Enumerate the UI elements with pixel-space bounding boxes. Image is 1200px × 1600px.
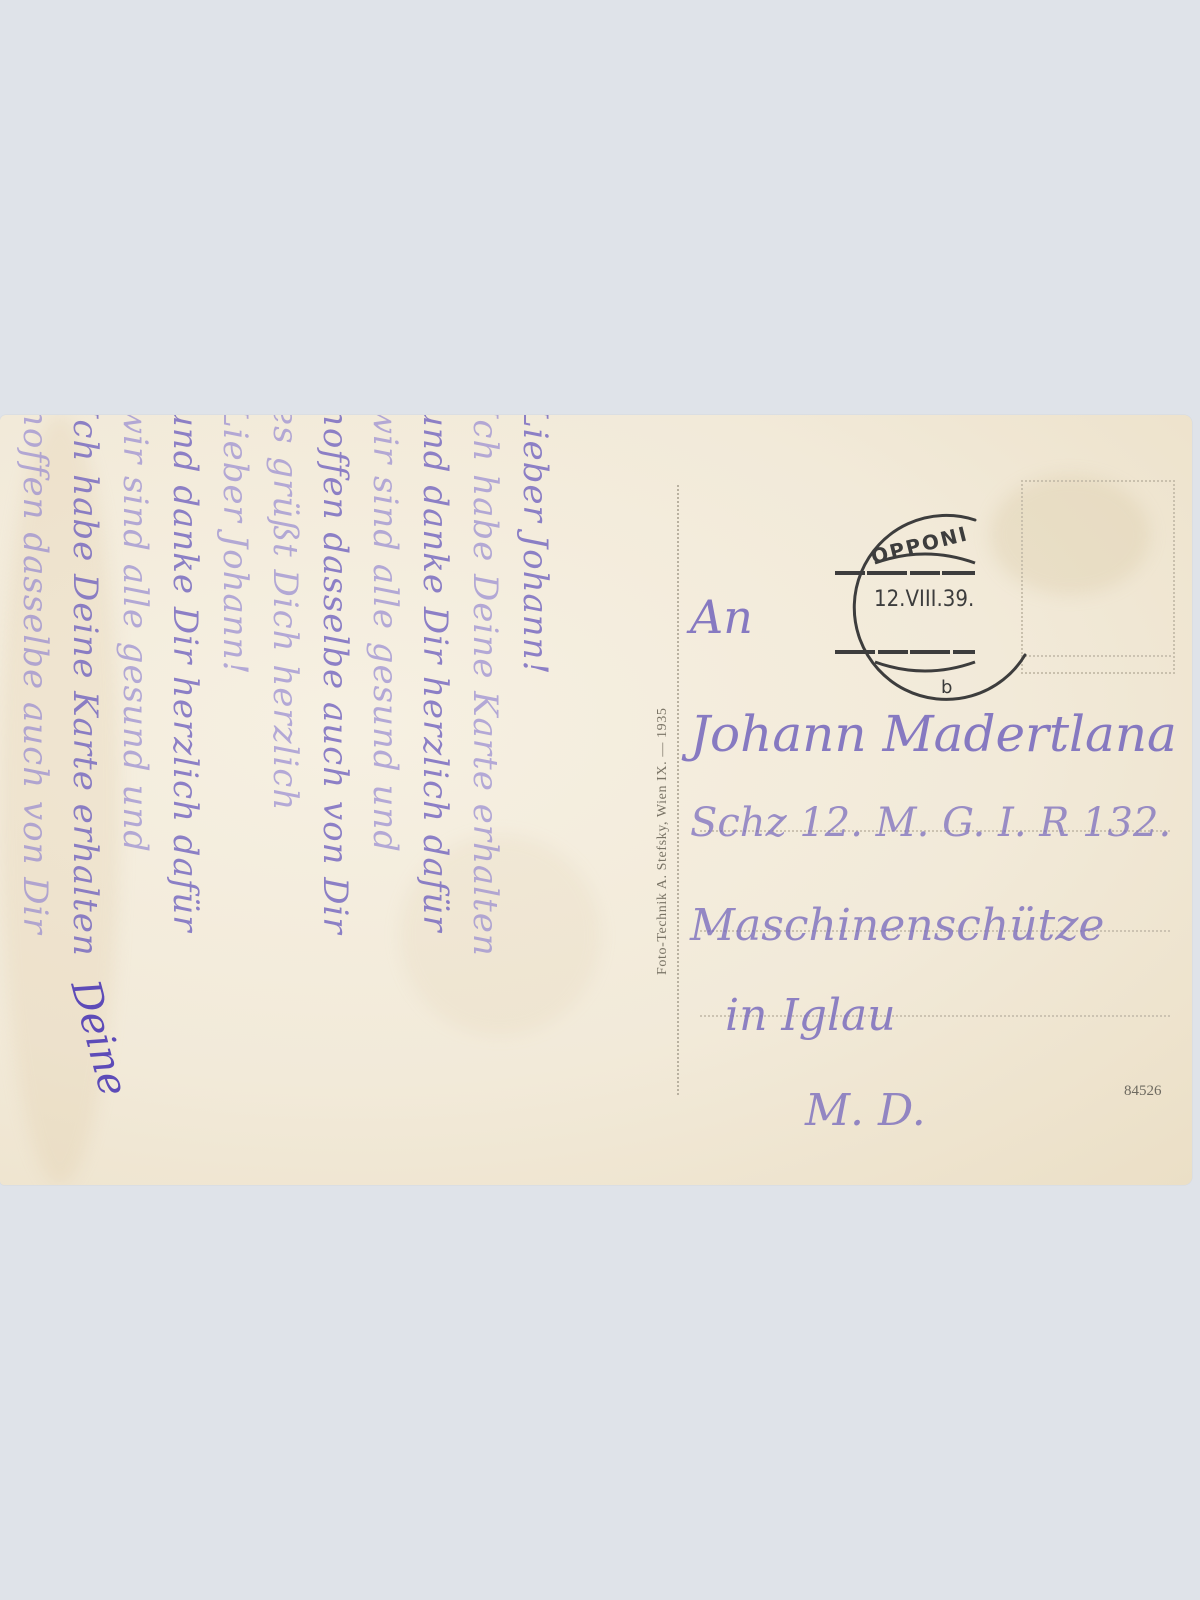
postmark-letter: b xyxy=(941,677,952,698)
message-line: es grüßt Dich herzlich xyxy=(260,415,310,1185)
divider-line xyxy=(677,485,679,1095)
address-line-2: Johann Madertlana xyxy=(690,705,1177,763)
postcard: Lieber Johann! Ich habe Deine Karte erha… xyxy=(0,415,1192,1185)
message-line: hoffen dasselbe auch von Dir xyxy=(10,415,60,1185)
address-line-1: An xyxy=(690,590,753,644)
address-line-3: Schz 12. M. G. I. R 132. xyxy=(690,800,1171,846)
message-area: Lieber Johann! Ich habe Deine Karte erha… xyxy=(0,415,620,1185)
address-line-6: M. D. xyxy=(805,1085,926,1136)
address-line-4: Maschinenschütze xyxy=(690,900,1104,951)
message-line: wir sind alle gesund und xyxy=(360,415,410,1185)
message-line: Lieber Johann! xyxy=(510,415,560,1185)
message-line: und danke Dir herzlich dafür xyxy=(160,415,210,1185)
message-line: hoffen dasselbe auch von Dir xyxy=(310,415,360,1185)
publisher-imprint: Foto-Technik A. Stefsky, Wien IX. — 1935 xyxy=(655,708,671,975)
address-line xyxy=(1021,655,1171,657)
catalog-number: 84526 xyxy=(1124,1083,1162,1100)
postmark-date: 12.VIII.39. xyxy=(874,587,974,612)
message-line: Ich habe Deine Karte erhalten xyxy=(460,415,510,1185)
address-line-5: in Iglau xyxy=(725,990,896,1041)
message-line: Lieber Johann! xyxy=(210,415,260,1185)
stamp-box xyxy=(1021,480,1175,674)
message-line: und danke Dir herzlich dafür xyxy=(410,415,460,1185)
